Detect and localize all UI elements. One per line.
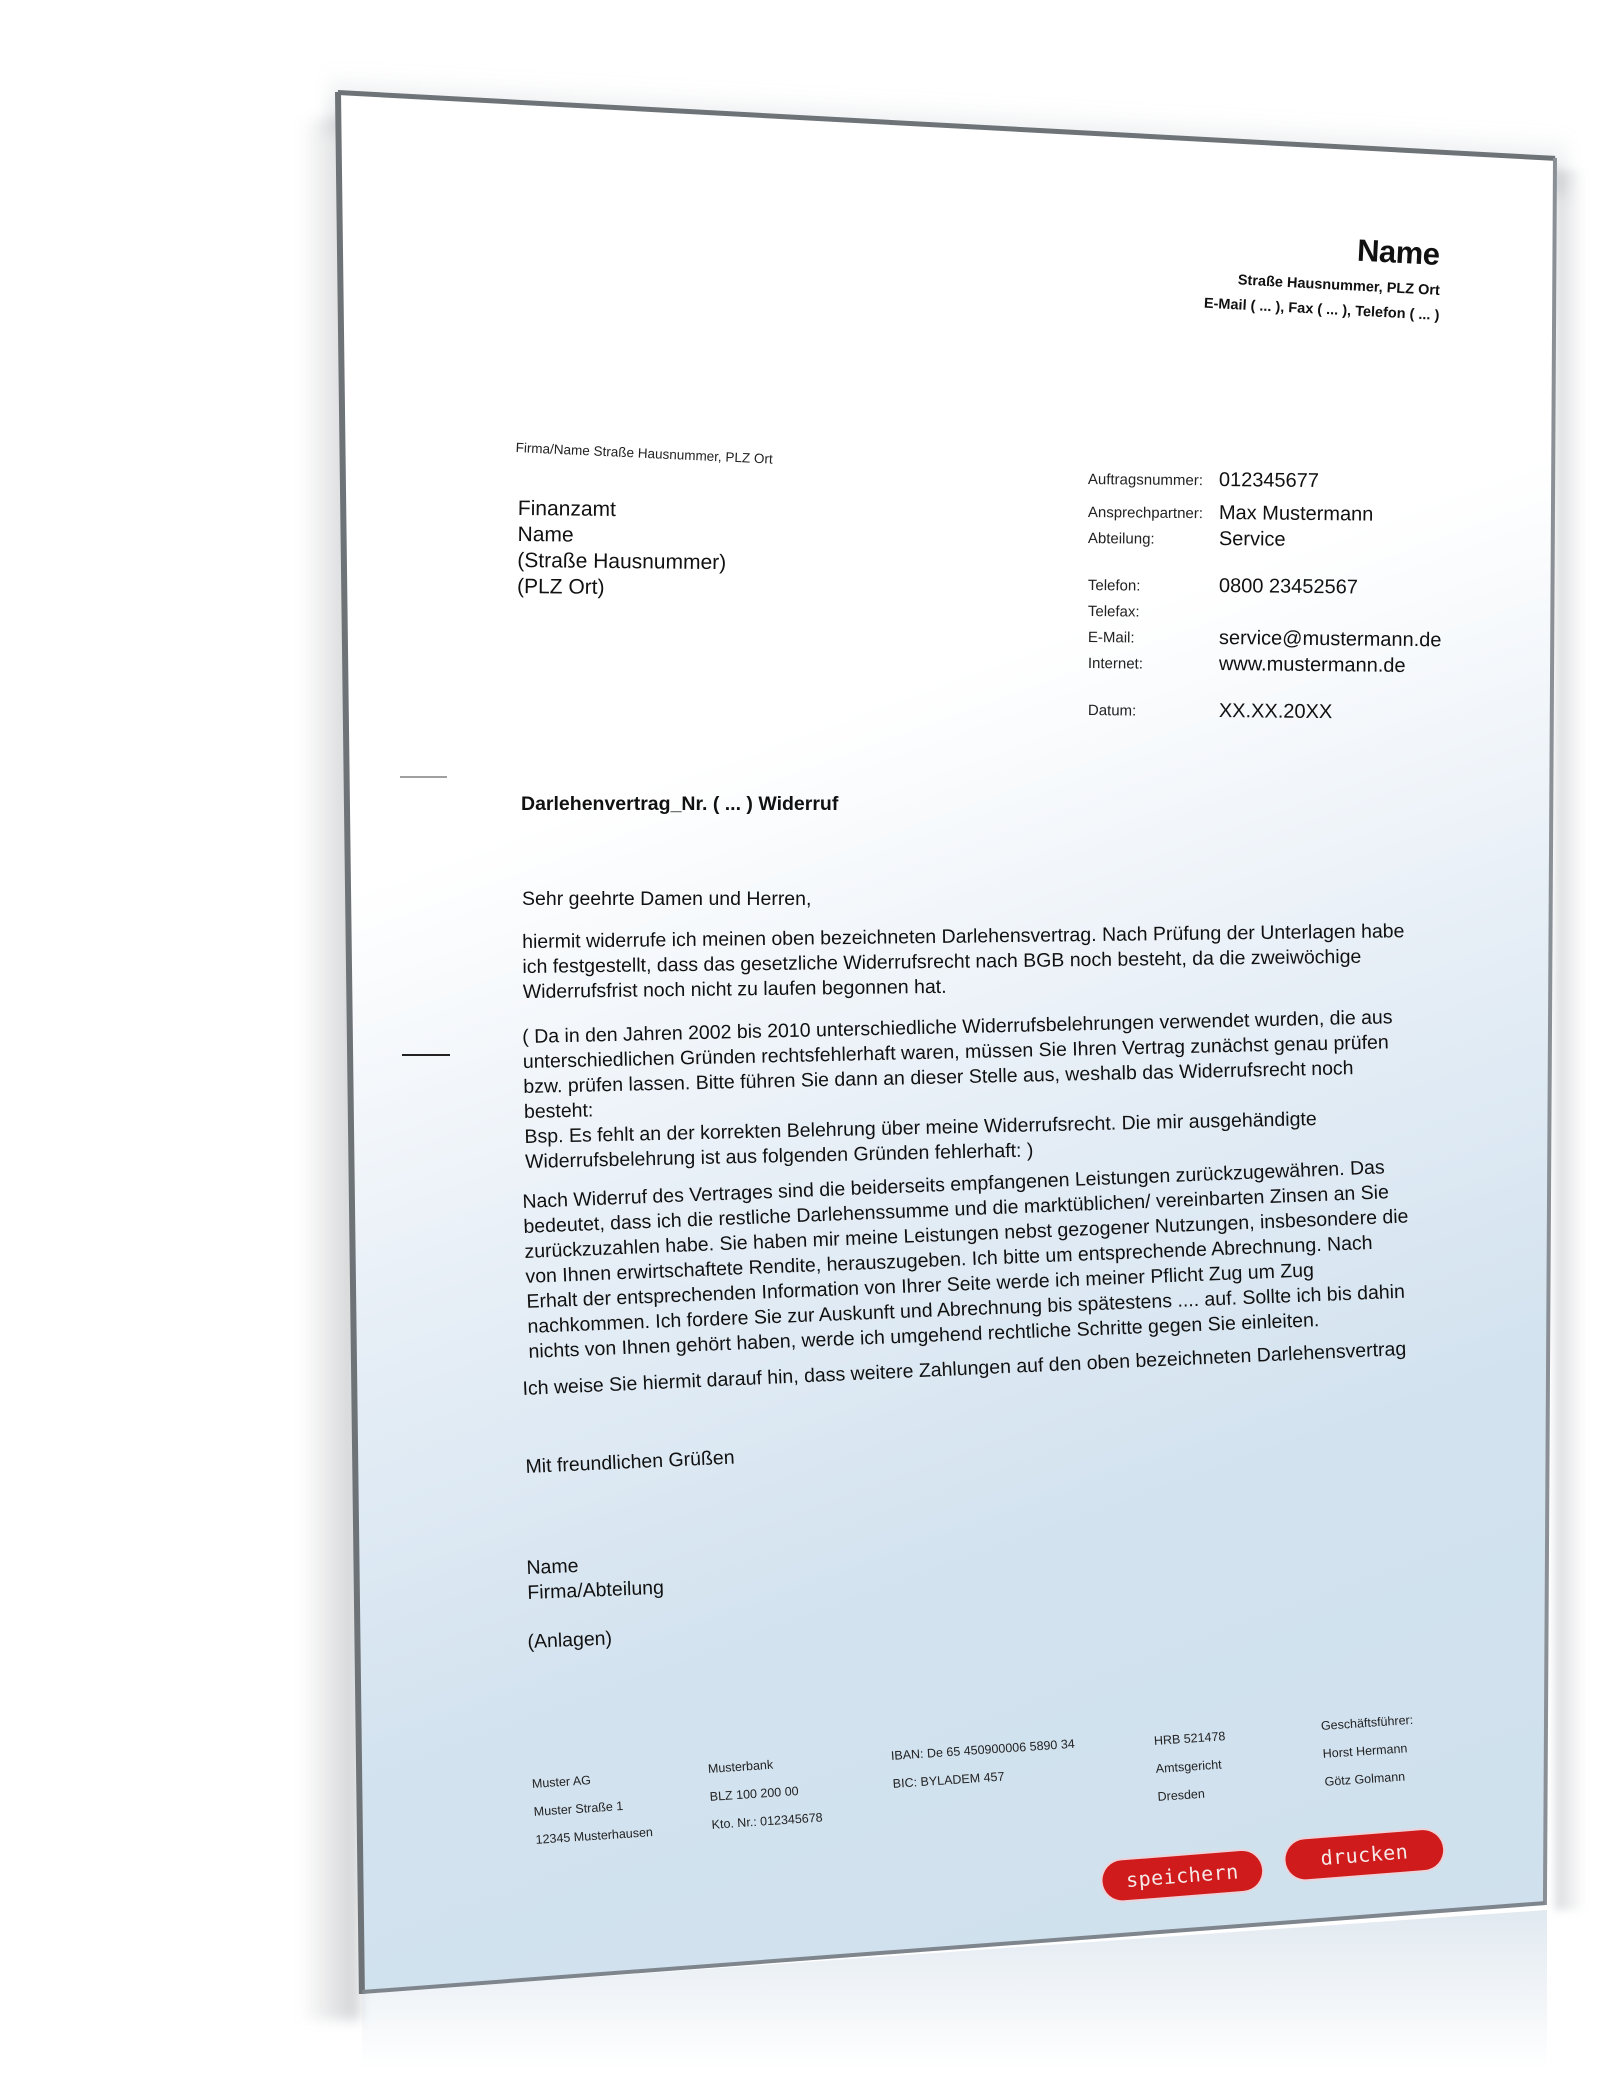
info-value: service@mustermann.de	[1219, 627, 1442, 652]
footer-line: Dresden	[1157, 1778, 1230, 1811]
info-label: Internet:	[1088, 655, 1143, 673]
footer-company: Muster AGMuster Straße 112345 Musterhaus…	[531, 1762, 654, 1854]
salutation: Sehr geehrte Damen und Herren,	[522, 887, 811, 912]
info-label: Ansprechpartner:	[1088, 504, 1203, 522]
info-value: 0800 23452567	[1219, 575, 1358, 599]
footer-bank: MusterbankBLZ 100 200 00Kto. Nr.: 012345…	[707, 1748, 824, 1839]
info-value: Service	[1219, 528, 1286, 552]
page-shadow-right	[1555, 170, 1585, 1910]
footer-line: Amtsgericht	[1155, 1750, 1228, 1783]
info-label: Abteilung:	[1088, 530, 1155, 548]
info-value: www.mustermann.de	[1219, 653, 1406, 678]
recipient-address: FinanzamtName(Straße Hausnummer)(PLZ Ort…	[517, 496, 727, 602]
footer-register: HRB 521478AmtsgerichtDresden	[1153, 1722, 1230, 1811]
recipient-line: (PLZ Ort)	[517, 574, 726, 602]
fold-mark	[402, 1054, 450, 1056]
signature-block: NameFirma/Abteilung	[526, 1551, 664, 1606]
info-label: Telefax:	[1088, 603, 1140, 621]
recipient-line: Name	[517, 522, 726, 550]
info-label: Telefon:	[1088, 577, 1141, 595]
recipient-line: (Straße Hausnummer)	[517, 548, 726, 576]
letter-subject: Darlehenvertrag_Nr. ( ... ) Widerruf	[521, 793, 838, 816]
info-label: Datum:	[1088, 702, 1137, 720]
info-value: XX.XX.20XX	[1219, 700, 1333, 724]
recipient-line: Finanzamt	[518, 496, 727, 524]
info-value: Max Mustermann	[1219, 502, 1374, 527]
fold-mark	[400, 776, 447, 778]
footer-management: Geschäftsführer:Horst HermannGötz Golman…	[1320, 1706, 1418, 1796]
info-label: Auftragsnummer:	[1088, 471, 1203, 489]
sender-name: Name	[1356, 233, 1440, 273]
body-paragraph: Nach Widerruf des Vertrages sind die bei…	[522, 1154, 1413, 1364]
info-value: 012345677	[1219, 469, 1319, 493]
body-paragraph: hiermit widerrufe ich meinen oben bezeic…	[522, 919, 1405, 1005]
body-paragraph: ( Da in den Jahren 2002 bis 2010 untersc…	[522, 1005, 1396, 1175]
info-label: E-Mail:	[1088, 629, 1135, 646]
signature-line: Firma/Abteilung	[527, 1576, 664, 1606]
attachments: (Anlagen)	[527, 1626, 613, 1655]
